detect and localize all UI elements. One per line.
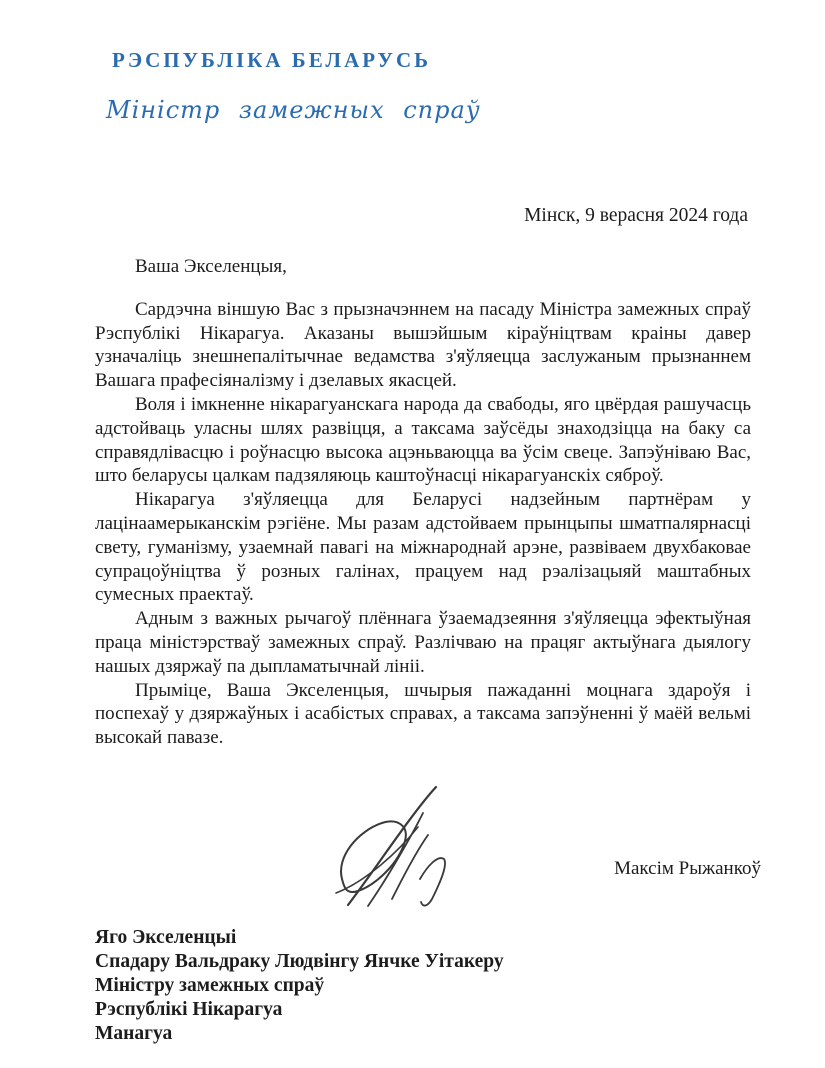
- body-paragraph: Адным з важных рычагоў плённага ўзаемадз…: [95, 607, 751, 678]
- salutation: Ваша Экселенцыя,: [95, 255, 751, 279]
- signer-name: Максім Рыжанкоў: [614, 858, 761, 880]
- body-paragraph: Прыміце, Ваша Экселенцыя, шчырыя пажадан…: [95, 679, 751, 750]
- recipient-block: Яго Экселенцыі Спадару Вальдраку Людвінг…: [95, 926, 504, 1046]
- recipient-line: Міністру замежных спраў: [95, 974, 504, 998]
- recipient-line: Рэспублікі Нікарагуа: [95, 998, 504, 1022]
- dateline: Мінск, 9 верасня 2024 года: [524, 205, 748, 227]
- body-paragraph: Воля і імкненне нікарагуанскага народа д…: [95, 393, 751, 488]
- letterhead-minister-title: Міністр замежных спраў: [106, 96, 481, 124]
- handwritten-signature: [332, 785, 482, 910]
- letterhead: РЭСПУБЛІКА БЕЛАРУСЬ Міністр замежных спр…: [112, 48, 431, 73]
- letter-body: Ваша Экселенцыя, Сардэчна віншую Вас з п…: [95, 255, 751, 750]
- body-paragraph: Сардэчна віншую Вас з прызначэннем на па…: [95, 298, 751, 393]
- letterhead-country-name: РЭСПУБЛІКА БЕЛАРУСЬ: [112, 48, 431, 73]
- recipient-line: Манагуа: [95, 1022, 504, 1046]
- body-paragraph: Нікарагуа з'яўляецца для Беларусі надзей…: [95, 488, 751, 607]
- signature-scribble-icon: [332, 785, 482, 910]
- recipient-line: Спадару Вальдраку Людвінгу Янчке Уітакер…: [95, 950, 504, 974]
- letter-page: РЭСПУБЛІКА БЕЛАРУСЬ Міністр замежных спр…: [0, 0, 825, 1068]
- recipient-line: Яго Экселенцыі: [95, 926, 504, 950]
